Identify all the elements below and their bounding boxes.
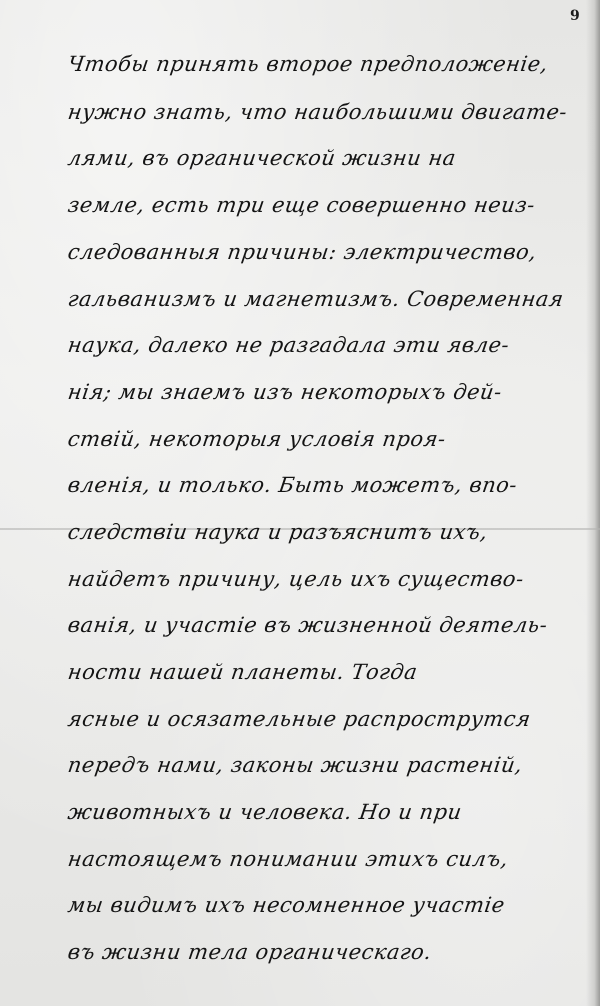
manuscript-line: ванія, и участіе въ жизненной деятель-	[66, 613, 589, 637]
manuscript-line: вленія, и только. Быть можетъ, впо-	[66, 473, 589, 497]
manuscript-line: следованныя причины: электричество,	[66, 240, 589, 264]
manuscript-line: ясные и осязательные распрострутся	[66, 707, 589, 731]
manuscript-line: найдетъ причину, цель ихъ существо-	[66, 567, 589, 591]
manuscript-line: Чтобы принять второе предположеніе,	[66, 52, 589, 76]
manuscript-line: нія; мы знаемъ изъ некоторыхъ дей-	[66, 380, 589, 404]
manuscript-line: настоящемъ понимании этихъ силъ,	[66, 847, 589, 871]
manuscript-line: наука, далеко не разгадала эти явле-	[66, 333, 589, 357]
manuscript-line: лями, въ органической жизни на	[66, 146, 589, 170]
manuscript-line: животныхъ и человека. Но и при	[66, 800, 589, 824]
manuscript-line: земле, есть три еще совершенно неиз-	[66, 193, 589, 217]
manuscript-line: следствіи наука и разъяснитъ ихъ,	[66, 520, 589, 544]
manuscript-line: мы видимъ ихъ несомненное участіе	[66, 893, 589, 917]
manuscript-line: передъ нами, законы жизни растеній,	[66, 753, 589, 777]
manuscript-line: нужно знать, что наибольшими двигате-	[66, 100, 589, 124]
manuscript-line: ности нашей планеты. Тогда	[66, 660, 589, 684]
manuscript-line: ствій, некоторыя условія проя-	[66, 427, 589, 451]
manuscript-page: 9 Чтобы принять второе предположеніе, ну…	[0, 0, 600, 1006]
manuscript-line: гальванизмъ и магнетизмъ. Современная	[66, 287, 589, 311]
page-corner-mark: 9	[570, 8, 580, 24]
manuscript-line: въ жизни тела органическаго.	[66, 940, 589, 964]
